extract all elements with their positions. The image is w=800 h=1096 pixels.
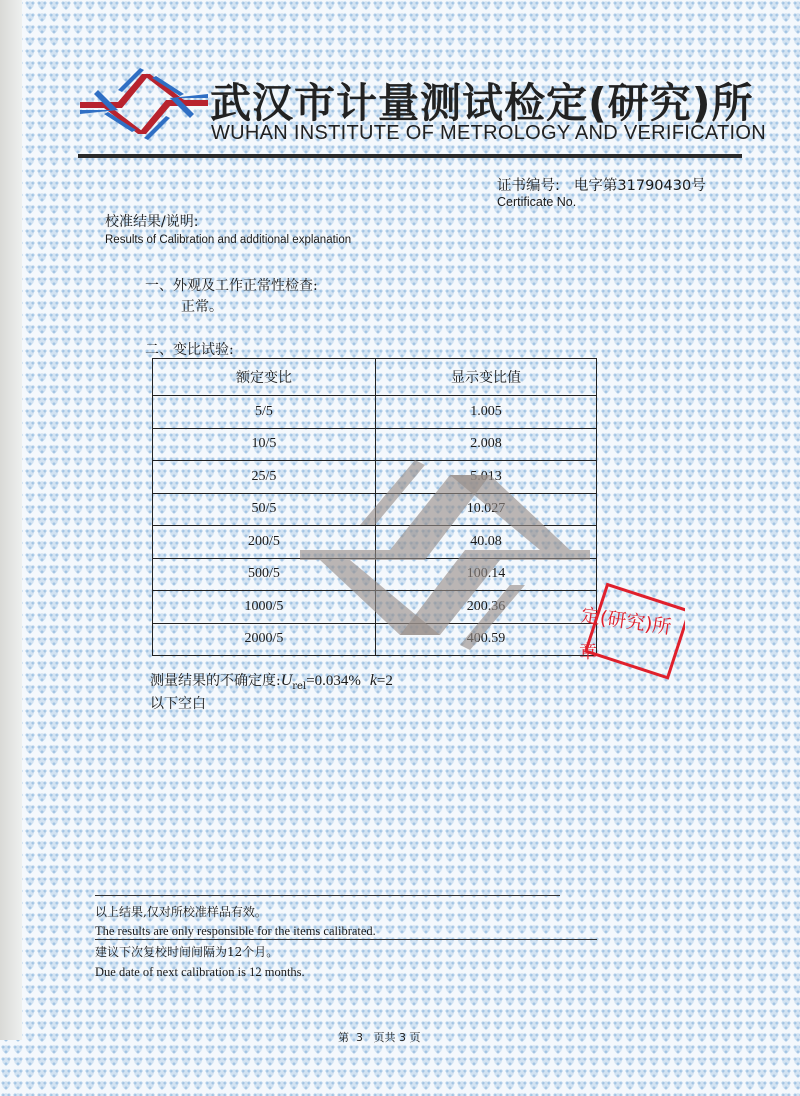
table-row: 5/51.005 xyxy=(153,396,597,429)
section2-title: 二、变比试验: xyxy=(145,339,234,359)
institute-logo-icon xyxy=(80,64,208,144)
column-header-rated-ratio: 额定变比 xyxy=(153,359,376,396)
table-row: 25/55.013 xyxy=(153,461,597,494)
official-seal-stamp: 定(研究)所 章 xyxy=(575,580,685,690)
blank-below-note: 以下空白 xyxy=(150,693,206,713)
uncertainty-statement: 测量结果的不确定度:Urel=0.034% k=2 xyxy=(150,670,393,692)
footer-note1-en: The results are only responsible for the… xyxy=(95,924,376,939)
institute-name-cn: 武汉市计量测试检定(研究)所 xyxy=(210,70,753,129)
ratio-test-table: 额定变比 显示变比值 5/51.00510/52.00825/55.01350/… xyxy=(152,358,597,656)
rated-ratio-cell: 2000/5 xyxy=(153,623,376,656)
certificate-label-cn: 证书编号: xyxy=(497,178,560,194)
results-heading-en: Results of Calibration and additional ex… xyxy=(105,234,351,246)
rated-ratio-cell: 50/5 xyxy=(153,493,376,526)
displayed-ratio-cell: 2.008 xyxy=(376,428,597,461)
table-row: 200/540.08 xyxy=(153,526,597,559)
table-header-row: 额定变比 显示变比值 xyxy=(153,359,597,396)
footer-note1-cn: 以上结果,仅对所校准样品有效。 xyxy=(95,903,267,920)
coverage-factor-symbol: k xyxy=(370,672,377,689)
table-row: 10/52.008 xyxy=(153,428,597,461)
table-row: 50/510.027 xyxy=(153,493,597,526)
certificate-number: 电字第31790430号 xyxy=(574,178,706,194)
certificate-label-en: Certificate No. xyxy=(497,195,576,209)
section1-title: 一、外观及工作正常性检查: xyxy=(145,275,318,295)
results-heading-cn: 校准结果/说明: xyxy=(105,211,198,231)
footer-divider-2 xyxy=(95,939,597,940)
certificate-number-line: 证书编号:电字第31790430号 xyxy=(497,174,706,195)
table-row: 500/5100.14 xyxy=(153,558,597,591)
rated-ratio-cell: 200/5 xyxy=(153,526,376,559)
institute-name-en: WUHAN INSTITUTE OF METROLOGY AND VERIFIC… xyxy=(211,122,766,145)
displayed-ratio-cell: 10.027 xyxy=(376,493,597,526)
rated-ratio-cell: 5/5 xyxy=(153,396,376,429)
uncertainty-symbol: U xyxy=(281,672,293,689)
rated-ratio-cell: 500/5 xyxy=(153,558,376,591)
section1-value: 正常。 xyxy=(181,296,223,316)
displayed-ratio-cell: 5.013 xyxy=(376,461,597,494)
displayed-ratio-cell: 200.36 xyxy=(376,591,597,624)
uncertainty-value: =0.034% xyxy=(306,673,361,689)
footer-divider-1 xyxy=(95,895,560,896)
footer-note2-cn: 建议下次复校时间间隔为12个月。 xyxy=(95,943,278,960)
displayed-ratio-cell: 400.59 xyxy=(376,623,597,656)
header-divider xyxy=(78,154,742,158)
rated-ratio-cell: 1000/5 xyxy=(153,591,376,624)
footer-note2-en: Due date of next calibration is 12 month… xyxy=(95,965,305,980)
column-header-displayed-ratio: 显示变比值 xyxy=(376,359,597,396)
displayed-ratio-cell: 40.08 xyxy=(376,526,597,559)
table-row: 2000/5400.59 xyxy=(153,623,597,656)
page-number: 第 3 页共 3 页 xyxy=(338,1029,420,1045)
stamp-text-main: 定(研究)所 xyxy=(580,604,673,638)
uncertainty-label: 测量结果的不确定度: xyxy=(150,673,281,689)
uncertainty-subscript: rel xyxy=(292,681,306,692)
displayed-ratio-cell: 100.14 xyxy=(376,558,597,591)
stamp-text-side: 章 xyxy=(579,642,597,663)
rated-ratio-cell: 25/5 xyxy=(153,461,376,494)
table-row: 1000/5200.36 xyxy=(153,591,597,624)
coverage-factor-value: =2 xyxy=(377,673,393,689)
displayed-ratio-cell: 1.005 xyxy=(376,396,597,429)
scan-edge xyxy=(0,0,22,1040)
rated-ratio-cell: 10/5 xyxy=(153,428,376,461)
